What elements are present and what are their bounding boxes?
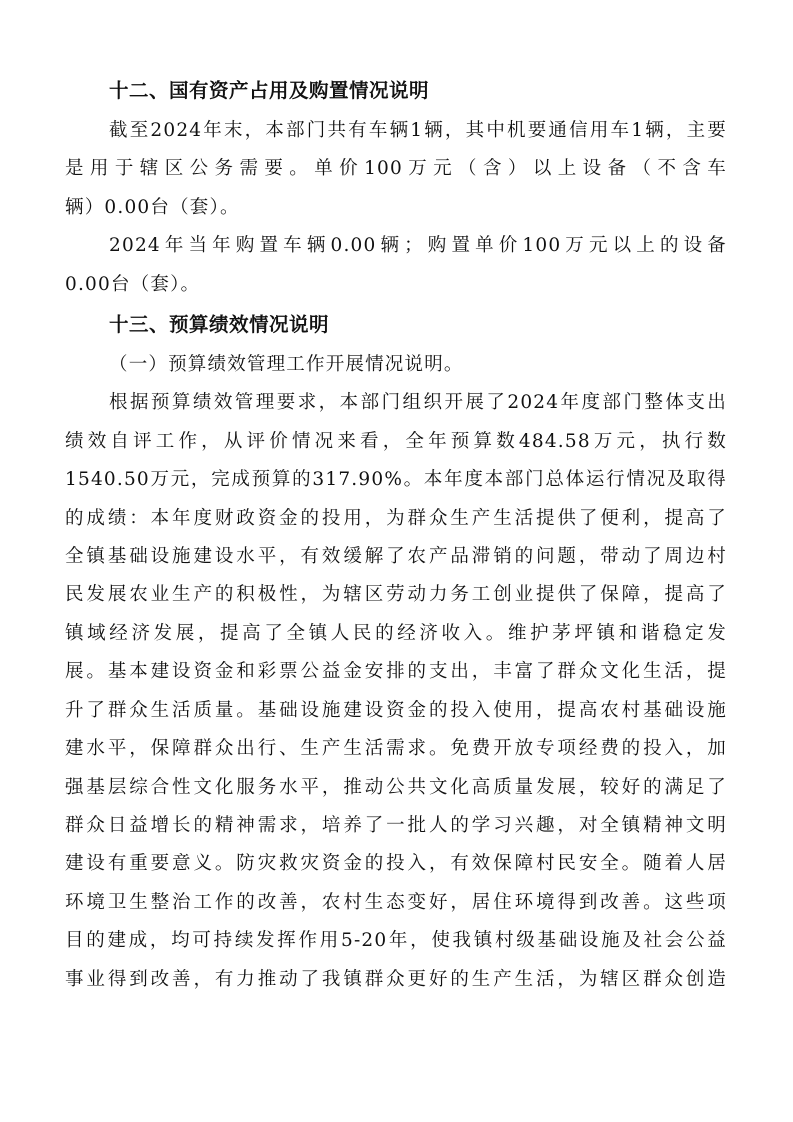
text-line: 是用于辖区公务需要。单价100万元（含）以上设备（不含车 [65,150,727,188]
section-12-heading: 十二、国有资产占用及购置情况说明 [65,70,727,112]
section-13-subheading: （一）预算绩效管理工作开展情况说明。 [65,346,727,384]
text-line: 的成绩：本年度财政资金的投用，为群众生产生活提供了便利，提高了 [65,500,727,538]
text-line: 民发展农业生产的积极性，为辖区劳动力务工创业提供了保障，提高了 [65,576,727,614]
text-line: 1540.50万元，完成预算的317.90%。本年度本部门总体运行情况及取得 [65,461,727,499]
section-13-heading: 十三、预算绩效情况说明 [65,304,727,346]
text-line: 环境卫生整治工作的改善，农村生态变好，居住环境得到改善。这些项 [65,884,727,922]
text-line: 目的建成，均可持续发挥作用5-20年，使我镇村级基础设施及社会公益 [65,922,727,960]
text-line: 建水平，保障群众出行、生产生活需求。免费开放专项经费的投入，加 [65,730,727,768]
text-line: 0.00台（套）。 [65,266,727,304]
section-12-paragraph-1: 截至2024年末，本部门共有车辆1辆，其中机要通信用车1辆，主要 是用于辖区公务… [65,112,727,227]
section-13-paragraph: 根据预算绩效管理要求，本部门组织开展了2024年度部门整体支出 绩效自评工作，从… [65,384,727,999]
text-line: 根据预算绩效管理要求，本部门组织开展了2024年度部门整体支出 [65,384,727,422]
text-line: 截至2024年末，本部门共有车辆1辆，其中机要通信用车1辆，主要 [65,112,727,150]
text-line: 2024年当年购置车辆0.00辆；购置单价100万元以上的设备 [65,227,727,265]
text-line: 强基层综合性文化服务水平，推动公共文化高质量发展，较好的满足了 [65,769,727,807]
text-line: 建设有重要意义。防灾救灾资金的投入，有效保障村民安全。随着人居 [65,845,727,883]
text-line: 镇域经济发展，提高了全镇人民的经济收入。维护茅坪镇和谐稳定发 [65,615,727,653]
text-line: 全镇基础设施建设水平，有效缓解了农产品滞销的问题，带动了周边村 [65,538,727,576]
text-line: 群众日益增长的精神需求，培养了一批人的学习兴趣，对全镇精神文明 [65,807,727,845]
text-line: 展。基本建设资金和彩票公益金安排的支出，丰富了群众文化生活，提 [65,653,727,691]
document-page: 十二、国有资产占用及购置情况说明 截至2024年末，本部门共有车辆1辆，其中机要… [65,70,727,999]
text-line: 辆）0.00台（套）。 [65,189,727,227]
section-12-paragraph-2: 2024年当年购置车辆0.00辆；购置单价100万元以上的设备 0.00台（套）… [65,227,727,304]
text-line: 事业得到改善，有力推动了我镇群众更好的生产生活，为辖区群众创造 [65,961,727,999]
text-line: 绩效自评工作，从评价情况来看，全年预算数484.58万元，执行数 [65,423,727,461]
text-line: 升了群众生活质量。基础设施建设资金的投入使用，提高农村基础设施 [65,692,727,730]
